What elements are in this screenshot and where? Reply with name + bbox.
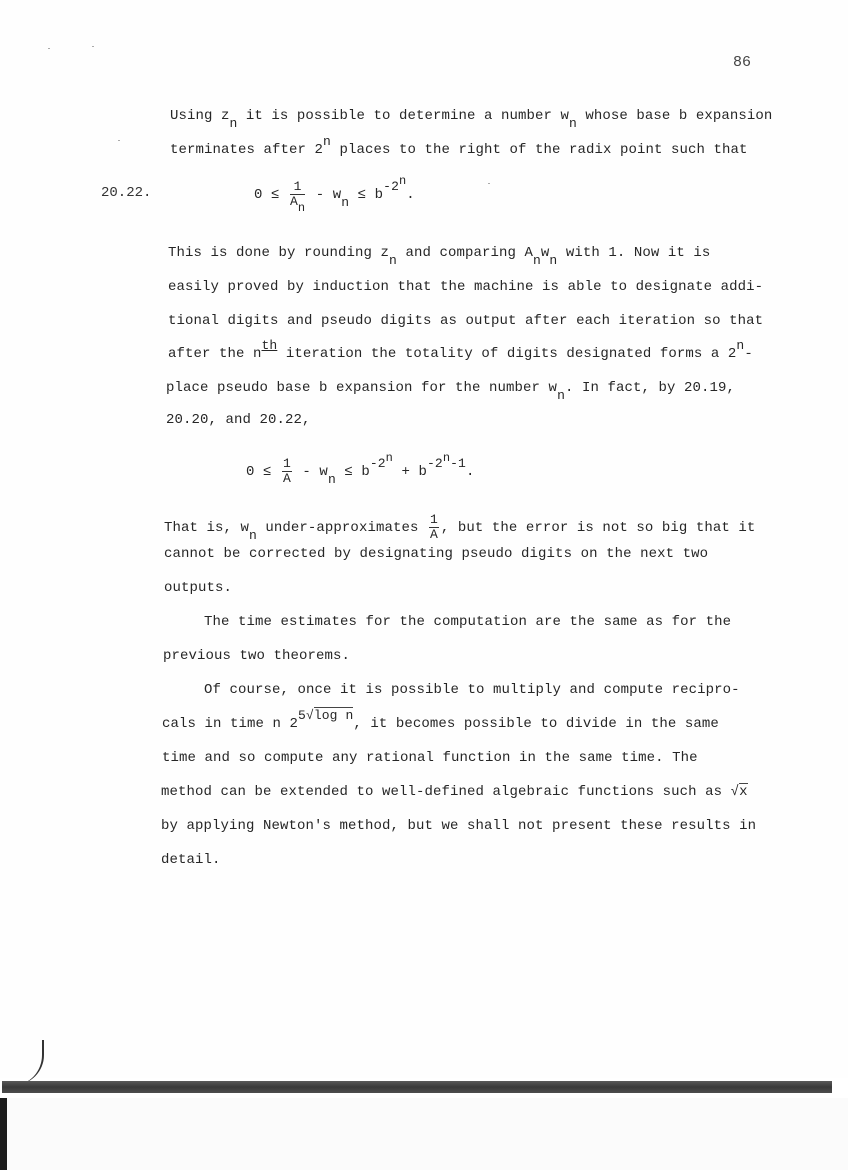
text: + b — [393, 464, 427, 480]
scan-speck — [92, 46, 94, 47]
equation-label: 20.22. — [101, 185, 151, 201]
scanner-edge — [0, 1098, 7, 1170]
radicand: x — [739, 783, 748, 800]
text: whose base b expansion — [577, 108, 773, 124]
denominator: A — [429, 528, 439, 542]
page-edge-curl — [2, 1040, 44, 1085]
text: . In fact, by 20.19, — [565, 380, 735, 396]
subscript: n — [557, 388, 565, 403]
numerator: 1 — [290, 180, 305, 195]
paragraph-line: time and so compute any rational functio… — [162, 750, 698, 766]
text: - w — [294, 464, 328, 480]
text: 0 ≤ — [254, 187, 288, 203]
fraction: 1A — [282, 457, 292, 486]
superscript: -2 — [383, 179, 399, 194]
paragraph-line: place pseudo base b expansion for the nu… — [166, 380, 735, 396]
text: place pseudo base b expansion for the nu… — [166, 380, 557, 396]
subscript: n — [328, 472, 336, 487]
paragraph-line: tional digits and pseudo digits as outpu… — [168, 313, 763, 329]
text: A — [290, 194, 298, 209]
numerator: 1 — [429, 513, 439, 528]
subscript: n — [549, 253, 557, 268]
text: terminates after 2 — [170, 142, 323, 158]
paragraph-line: terminates after 2n places to the right … — [170, 142, 748, 158]
subscript: n — [533, 253, 541, 268]
equation-20-22: 0 ≤ 1An - wn ≤ b-2n. — [254, 180, 415, 209]
text: . — [406, 187, 415, 203]
superscript: -2 — [427, 456, 443, 471]
subscript: n — [389, 253, 397, 268]
fraction: 1A — [429, 513, 439, 542]
paragraph-line: Of course, once it is possible to multip… — [204, 682, 740, 698]
paragraph-line: This is done by rounding zn and comparin… — [168, 245, 710, 261]
text: and comparing A — [397, 245, 533, 261]
text: after the n — [168, 346, 262, 362]
page-bottom-shadow-band — [2, 1081, 832, 1093]
superscript: n — [736, 338, 744, 353]
text: 5 — [298, 708, 306, 723]
text: under-approximates — [257, 520, 427, 536]
text: ≤ b — [349, 187, 383, 203]
superscript: n — [399, 174, 406, 188]
text: method can be extended to well-defined a… — [161, 784, 731, 800]
page-number: 86 — [733, 54, 751, 71]
paragraph-line: cals in time n 25√log n, it becomes poss… — [162, 716, 719, 732]
text: . — [466, 464, 475, 480]
text: That is, w — [164, 520, 249, 536]
text: places to the right of the radix point s… — [331, 142, 748, 158]
equation-bound: 0 ≤ 1A - wn ≤ b-2n + b-2n-1. — [246, 457, 474, 486]
paragraph-line: 20.20, and 20.22, — [166, 412, 311, 428]
scanned-page: 86 Using zn it is possible to determine … — [0, 0, 848, 1078]
text: Using z — [170, 108, 230, 124]
radical-sign: √ — [731, 784, 740, 800]
numerator: 1 — [282, 457, 292, 472]
text: , it becomes possible to divide in the s… — [353, 716, 719, 732]
paragraph-line: outputs. — [164, 580, 232, 596]
paragraph-line: by applying Newton's method, but we shal… — [161, 818, 756, 834]
scan-speck — [488, 183, 490, 184]
paragraph-line: That is, wn under-approximates 1A, but t… — [164, 513, 755, 542]
text: - w — [307, 187, 341, 203]
subscript: n — [341, 195, 349, 210]
paragraph-line: easily proved by induction that the mach… — [168, 279, 763, 295]
text: This is done by rounding z — [168, 245, 389, 261]
superscript: -2 — [370, 456, 386, 471]
radical-sign: √ — [306, 708, 314, 723]
subscript: n — [249, 528, 257, 543]
superscript: n — [323, 134, 331, 149]
text: with 1. Now it is — [557, 245, 710, 261]
scan-speck — [118, 140, 120, 141]
superscript: th — [262, 338, 278, 353]
superscript-root-expression: 5√log n — [298, 708, 353, 723]
fraction: 1An — [290, 180, 305, 209]
subscript: n — [298, 201, 305, 215]
paragraph-line: method can be extended to well-defined a… — [161, 784, 748, 800]
paragraph-line: Using zn it is possible to determine a n… — [170, 108, 772, 124]
text: ≤ b — [336, 464, 370, 480]
subscript: n — [569, 116, 577, 131]
text: iteration the totality of digits designa… — [277, 346, 736, 362]
denominator: An — [290, 195, 305, 209]
text: cals in time n 2 — [162, 716, 298, 732]
superscript: n — [386, 451, 393, 465]
paragraph-line: detail. — [161, 852, 221, 868]
scanner-bed — [0, 1098, 848, 1170]
radicand: log n — [314, 707, 354, 723]
denominator: A — [282, 472, 292, 486]
subscript: n — [230, 116, 238, 131]
paragraph-line: cannot be corrected by designating pseud… — [164, 546, 708, 562]
superscript: -1 — [450, 456, 466, 471]
text: 0 ≤ — [246, 464, 280, 480]
paragraph-line: after the nth iteration the totality of … — [168, 346, 753, 362]
scan-speck — [48, 48, 50, 49]
text: it is possible to determine a number w — [237, 108, 569, 124]
paragraph-line: The time estimates for the computation a… — [204, 614, 731, 630]
paragraph-line: previous two theorems. — [163, 648, 350, 664]
text: , but the error is not so big that it — [441, 520, 756, 536]
text: - — [744, 346, 753, 362]
